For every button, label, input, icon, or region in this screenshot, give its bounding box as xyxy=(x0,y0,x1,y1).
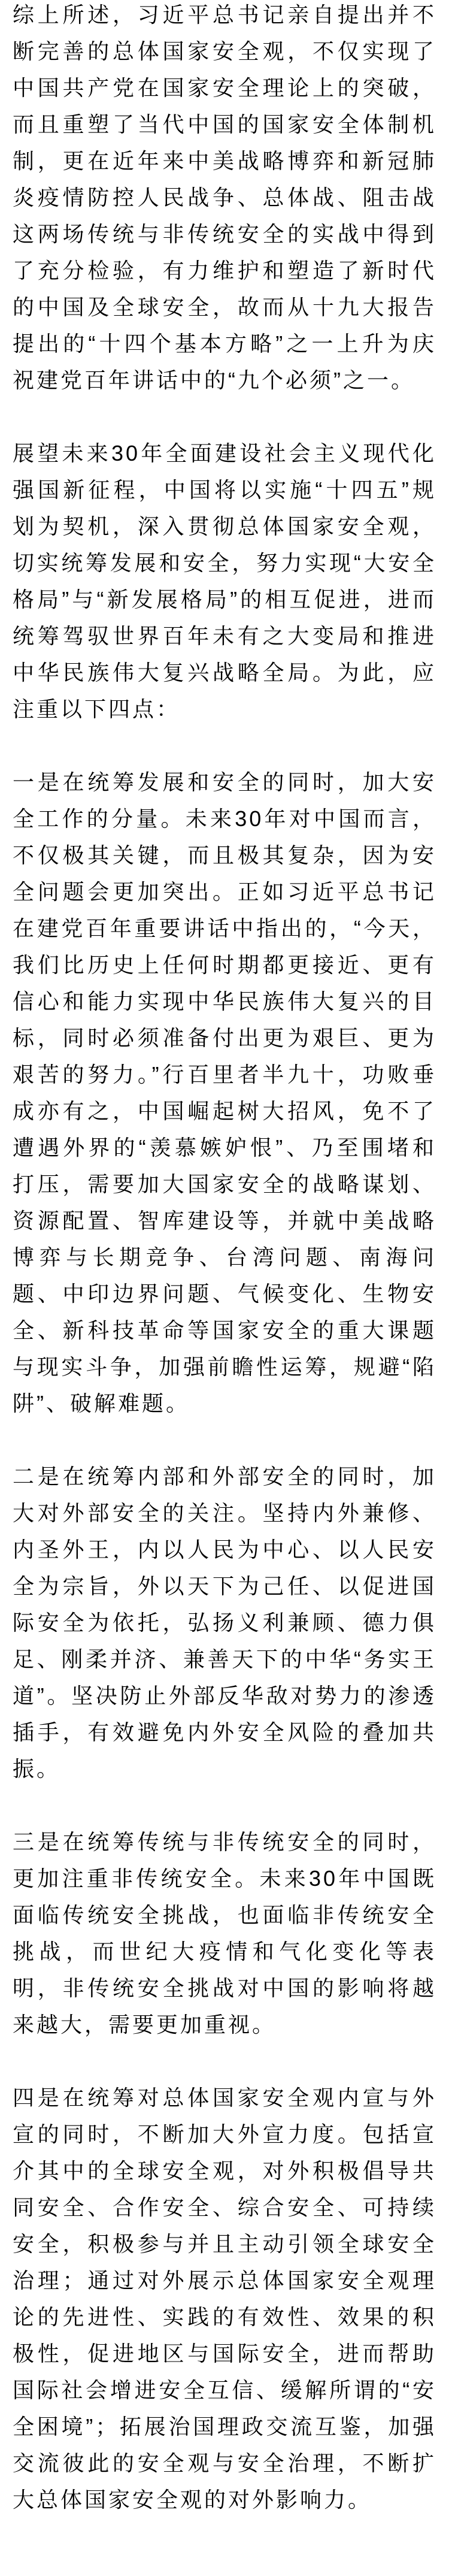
paragraph-summary: 综上所述，习近平总书记亲自提出并不断完善的总体国家安全观，不仅实现了中国共产党在… xyxy=(13,0,436,398)
paragraph-point-1: 一是在统筹发展和安全的同时，加大安全工作的分量。未来30年对中国而言，不仅极其关… xyxy=(13,764,436,1422)
paragraph-outlook: 展望未来30年全面建设社会主义现代化强国新征程，中国将以实施“十四五”规划为契机… xyxy=(13,435,436,727)
paragraph-point-2: 二是在统筹内部和外部安全的同时，加大对外部安全的关注。坚持内外兼修、内圣外王，内… xyxy=(13,1458,436,1787)
paragraph-point-4: 四是在统筹对总体国家安全观内宣与外宣的同时，不断加大外宣力度。包括宣介其中的全球… xyxy=(13,2079,436,2518)
paragraph-point-3: 三是在统筹传统与非传统安全的同时，更加注重非传统安全。未来30年中国既面临传统安… xyxy=(13,1824,436,2043)
article-body: 综上所述，习近平总书记亲自提出并不断完善的总体国家安全观，不仅实现了中国共产党在… xyxy=(0,0,449,2521)
